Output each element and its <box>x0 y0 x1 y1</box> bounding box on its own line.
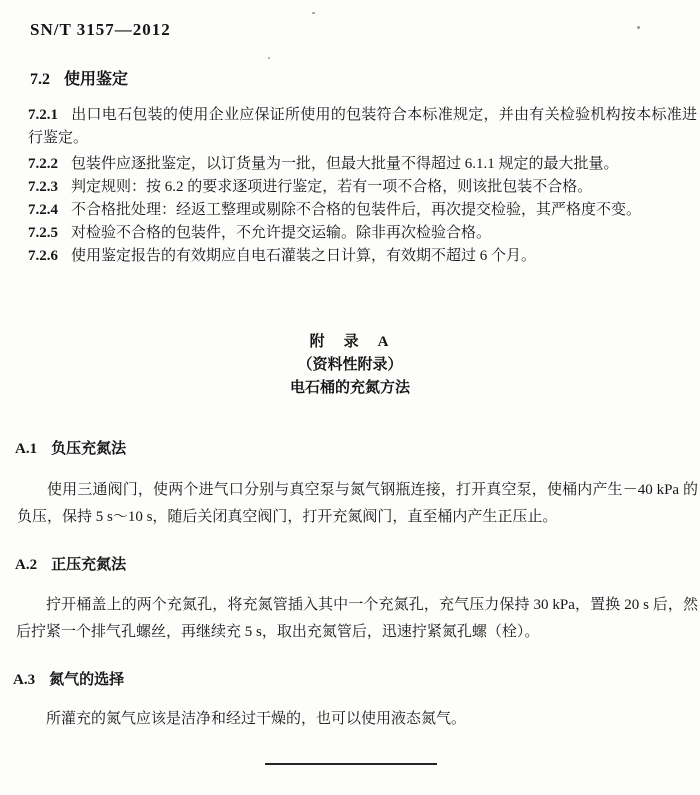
clause-7-2-3: 7.2.3判定规则：按 6.2 的要求逐项进行鉴定，若有一项不合格，则该批包装不… <box>28 176 697 199</box>
scan-speck <box>268 57 270 59</box>
appendix-title-block: 附 录 A （资料性附录） 电石桶的充氮方法 <box>0 331 700 400</box>
clause-7-2-4: 7.2.4不合格批处理：经返工整理或剔除不合格的包装件后，再次提交检验，其严格度… <box>28 199 697 222</box>
section-a1-heading: A.1负压充氮法 <box>15 437 126 458</box>
section-a2-heading: A.2正压充氮法 <box>15 553 126 574</box>
section-7-2-heading: 7.2使用鉴定 <box>30 66 128 89</box>
section-number: 7.2 <box>30 71 50 88</box>
appendix-subtitle: （资料性附录） <box>0 354 700 377</box>
clause-7-2-1: 7.2.1出口电石包装的使用企业应保证所使用的包装符合本标准规定，并由有关检验机… <box>28 104 697 150</box>
standard-number: SN/T 3157—2012 <box>30 20 171 40</box>
scan-speck <box>312 12 315 14</box>
document-page: SN/T 3157—2012 7.2使用鉴定 7.2.1出口电石包装的使用企业应… <box>0 0 700 795</box>
section-a2-paragraph: 拧开桶盖上的两个充氮孔，将充氮管插入其中一个充氮孔，充气压力保持 30 kPa，… <box>16 592 698 646</box>
appendix-title: 附 录 A <box>0 331 700 354</box>
section-a3-heading: A.3氮气的选择 <box>13 668 124 689</box>
clause-7-2-2: 7.2.2包装件应逐批鉴定，以订货量为一批，但最大批量不得超过 6.1.1 规定… <box>28 153 697 176</box>
clause-7-2-6: 7.2.6使用鉴定报告的有效期应自电石灌装之日计算，有效期不超过 6 个月。 <box>28 245 697 268</box>
end-of-document-rule <box>265 763 437 765</box>
section-a3-paragraph: 所灌充的氮气应该是洁净和经过干燥的，也可以使用液态氮气。 <box>16 706 698 733</box>
section-a1-paragraph: 使用三通阀门，使两个进气口分别与真空泵与氮气钢瓶连接，打开真空泵，使桶内产生－4… <box>17 477 698 531</box>
appendix-heading: 电石桶的充氮方法 <box>0 377 700 400</box>
clause-7-2-5: 7.2.5对检验不合格的包装件，不允许提交运输。除非再次检验合格。 <box>28 222 697 245</box>
clause-list: 7.2.1出口电石包装的使用企业应保证所使用的包装符合本标准规定，并由有关检验机… <box>28 104 697 268</box>
section-title: 使用鉴定 <box>64 71 128 88</box>
scan-speck <box>637 26 640 29</box>
